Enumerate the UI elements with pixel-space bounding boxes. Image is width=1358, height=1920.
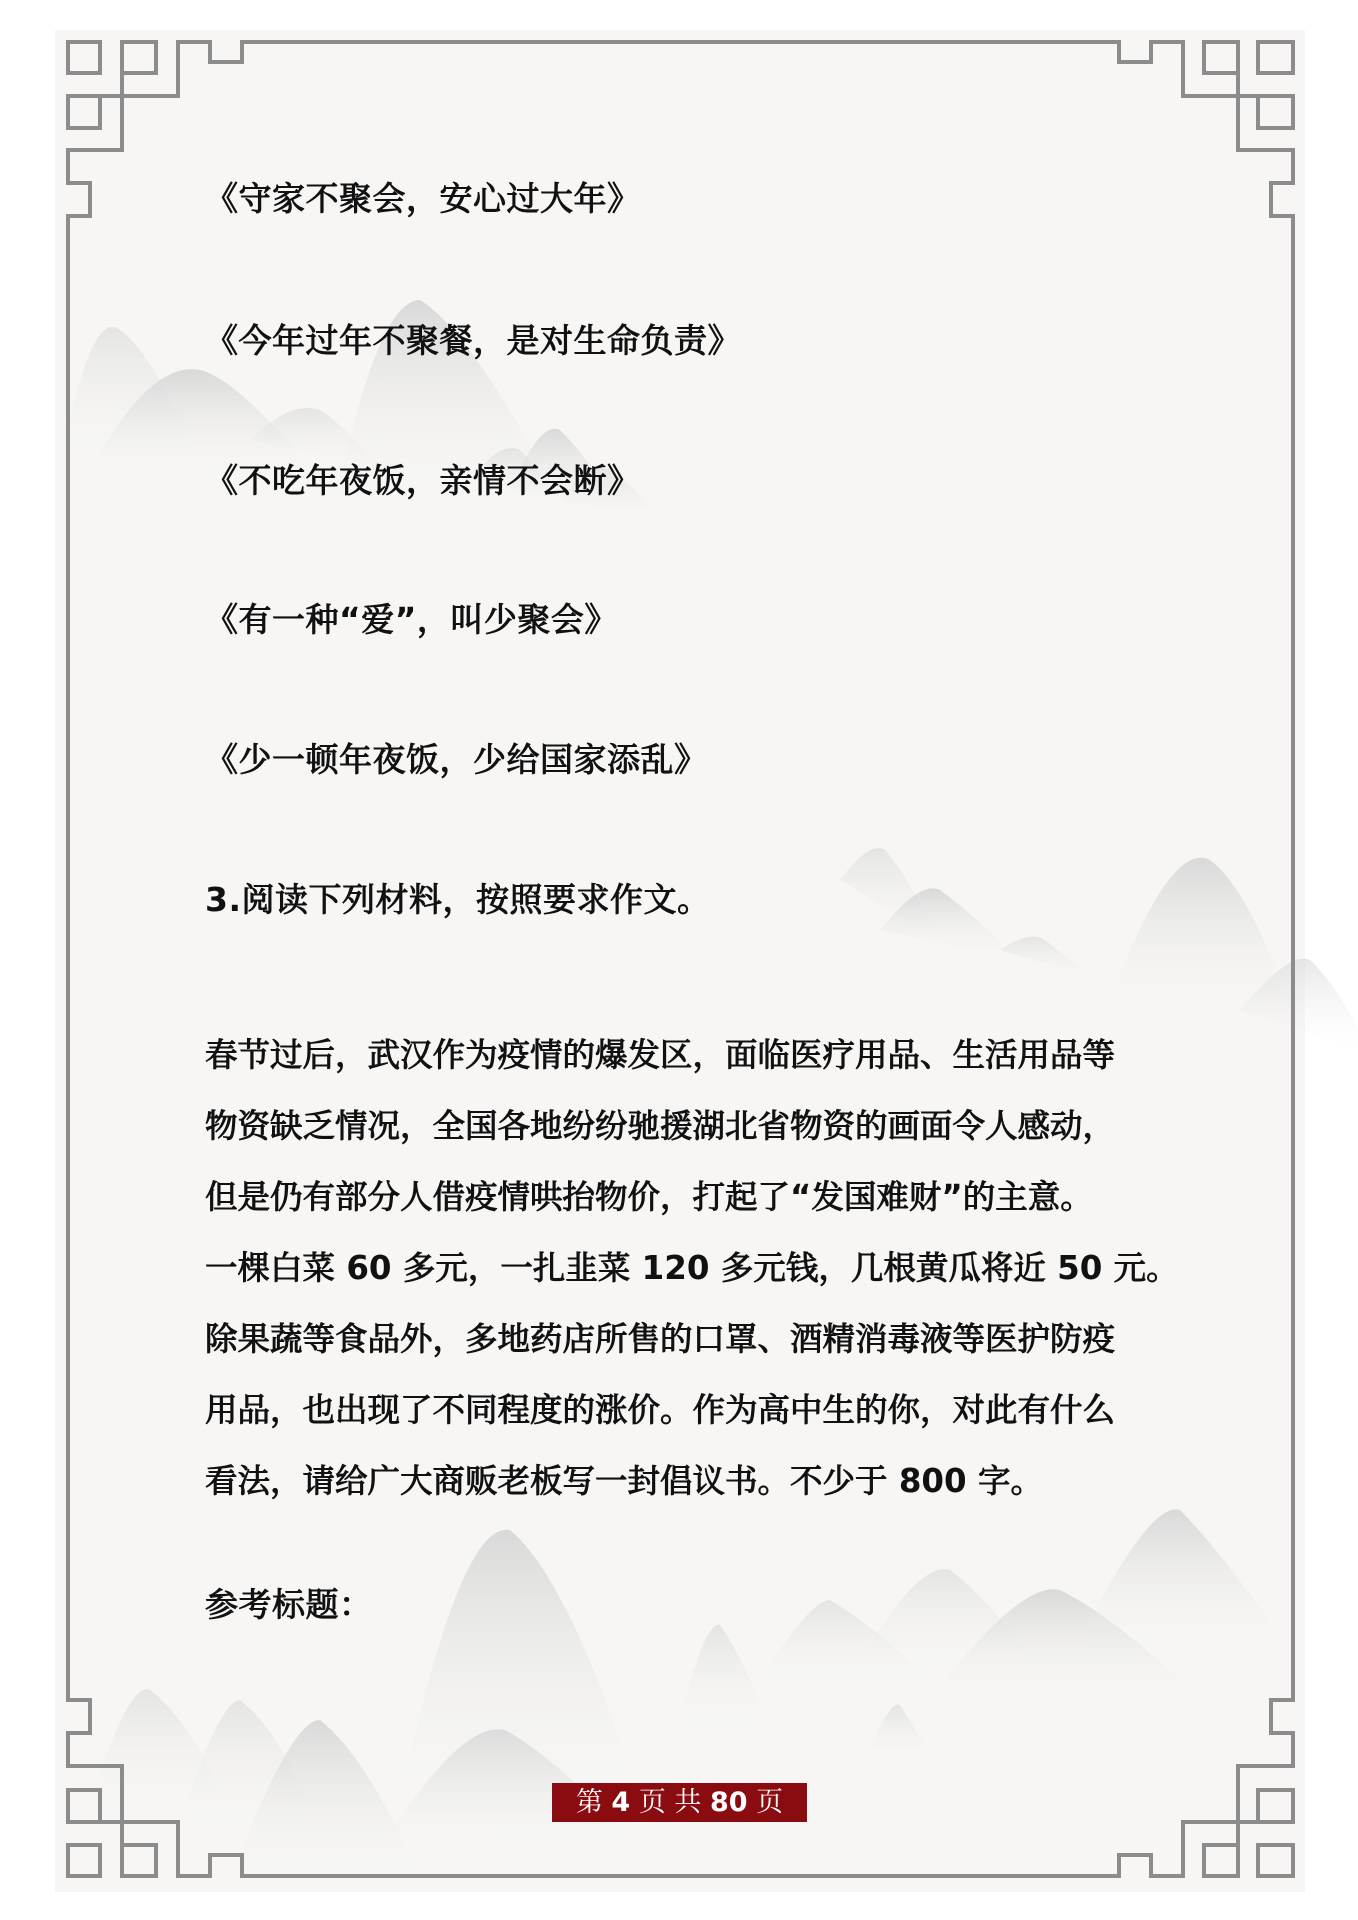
paragraph-line: 一棵白菜 60 多元，一扎韭菜 120 多元钱，几根黄瓜将近 50 元。 xyxy=(205,1233,1165,1304)
reference-title-2: 《今年过年不聚餐，是对生命负责》 xyxy=(205,321,1165,361)
paragraph-line: 除果蔬等食品外，多地药店所售的口罩、酒精消毒液等医护防疫 xyxy=(205,1304,1165,1375)
page-word: 页 xyxy=(639,1787,666,1818)
question-heading: 3.阅读下列材料，按照要求作文。 xyxy=(205,880,1165,920)
paragraph-line: 春节过后，武汉作为疫情的爆发区，面临医疗用品、生活用品等 xyxy=(205,1020,1165,1091)
paragraph-line: 看法，请给广大商贩老板写一封倡议书。不少于 800 字。 xyxy=(205,1446,1165,1517)
current-page-number: 4 xyxy=(611,1787,630,1818)
reference-title-4: 《有一种“爱”，叫少聚会》 xyxy=(205,600,1165,640)
page-prefix: 第 xyxy=(576,1787,603,1818)
page-number-badge: 第 4 页 共 80 页 xyxy=(552,1783,807,1822)
reference-titles-label: 参考标题： xyxy=(205,1585,1165,1625)
reference-title-3: 《不吃年夜饭，亲情不会断》 xyxy=(205,461,1165,501)
paragraph-line: 但是仍有部分人借疫情哄抬物价，打起了“发国难财”的主意。 xyxy=(205,1162,1165,1233)
total-pages-number: 80 xyxy=(710,1787,748,1818)
total-word: 共 xyxy=(674,1787,701,1818)
reference-title-1: 《守家不聚会，安心过大年》 xyxy=(205,179,1165,219)
paragraph-line: 物资缺乏情况，全国各地纷纷驰援湖北省物资的画面令人感动， xyxy=(205,1091,1165,1162)
page-suffix: 页 xyxy=(756,1787,783,1818)
reference-title-5: 《少一顿年夜饭，少给国家添乱》 xyxy=(205,740,1165,780)
question-material-paragraph: 春节过后，武汉作为疫情的爆发区，面临医疗用品、生活用品等 物资缺乏情况，全国各地… xyxy=(205,1020,1165,1517)
paragraph-line: 用品，也出现了不同程度的涨价。作为高中生的你，对此有什么 xyxy=(205,1375,1165,1446)
